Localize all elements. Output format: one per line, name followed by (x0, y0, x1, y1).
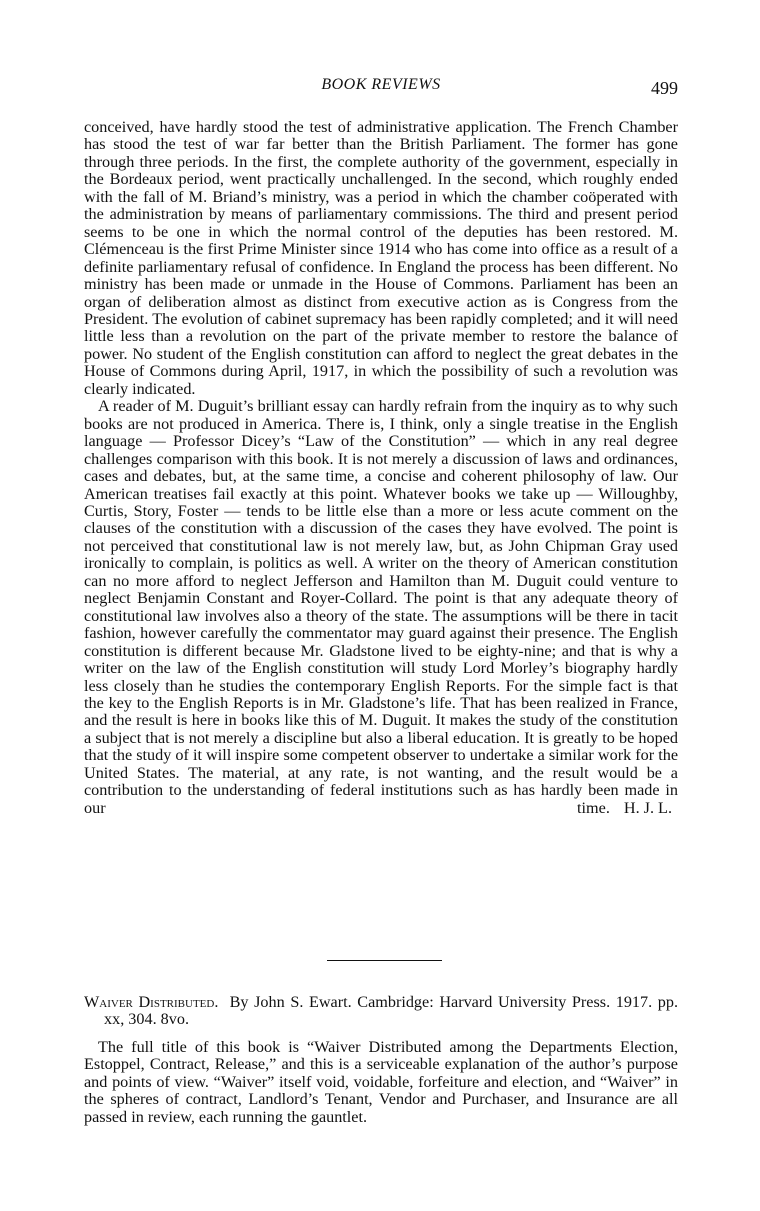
paragraph-2-text: A reader of M. Duguit’s brilliant essay … (84, 397, 678, 816)
review-paragraph: The full title of this book is “Waiver D… (84, 1039, 678, 1126)
section-divider (327, 960, 442, 961)
review-waiver-distributed: Waiver Distributed. By John S. Ewart. Ca… (84, 994, 678, 1126)
running-title: BOOK REVIEWS (84, 76, 678, 94)
review-body-hjl: conceived, have hardly stood the test of… (84, 119, 678, 817)
page-number: 499 (651, 78, 678, 99)
book-entry: Waiver Distributed. By John S. Ewart. Ca… (84, 994, 678, 1029)
paragraph-2: A reader of M. Duguit’s brilliant essay … (84, 398, 678, 817)
reviewer-signature: H. J. L. (610, 800, 672, 817)
book-title: Waiver Distributed. (84, 993, 218, 1011)
paragraph-1: conceived, have hardly stood the test of… (84, 119, 678, 398)
running-head: BOOK REVIEWS 499 (84, 74, 678, 98)
